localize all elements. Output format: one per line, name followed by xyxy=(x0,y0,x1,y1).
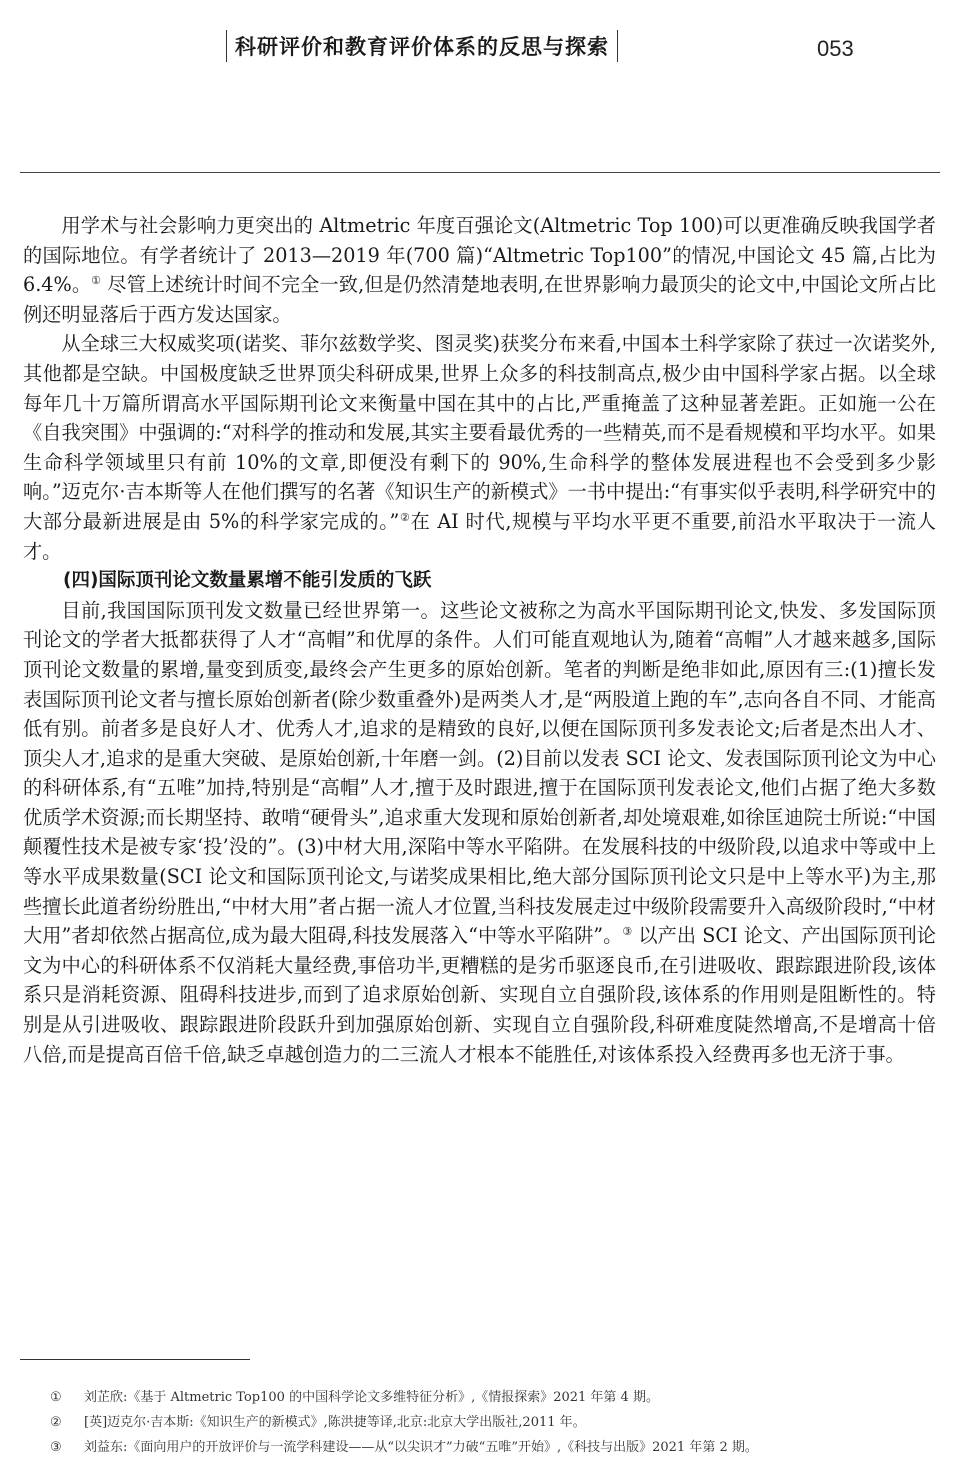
footnote-text: [英]迈克尔·吉本斯:《知识生产的新模式》,陈洪捷等译,北京:北京大学出版社,2… xyxy=(84,1410,586,1435)
footnote-mark: ② xyxy=(50,1410,84,1435)
footnote-mark: ③ xyxy=(50,1435,84,1460)
footnote-1: ① 刘芷欣:《基于 Altmetric Top100 的中国科学论文多维特征分析… xyxy=(50,1385,930,1410)
footnotes: ① 刘芷欣:《基于 Altmetric Top100 的中国科学论文多维特征分析… xyxy=(50,1385,930,1460)
footnote-ref-1[interactable]: ① xyxy=(91,274,101,287)
footnote-text: 刘益东:《面向用户的开放评价与一流学科建设——从“以尖识才”力破“五唯”开始》,… xyxy=(84,1435,758,1460)
footnote-3: ③ 刘益东:《面向用户的开放评价与一流学科建设——从“以尖识才”力破“五唯”开始… xyxy=(50,1435,930,1460)
footnote-2: ② [英]迈克尔·吉本斯:《知识生产的新模式》,陈洪捷等译,北京:北京大学出版社… xyxy=(50,1410,930,1435)
running-title: 科研评价和教育评价体系的反思与探索 xyxy=(235,31,609,61)
paragraph-altmetric: 用学术与社会影响力更突出的 Altmetric 年度百强论文(Altmetric… xyxy=(23,211,936,329)
paragraph-top-journals: 目前,我国国际顶刊发文数量已经世界第一。这些论文被称之为高水平国际期刊论文,快发… xyxy=(23,596,936,1070)
body-text: 用学术与社会影响力更突出的 Altmetric 年度百强论文(Altmetric… xyxy=(23,211,936,1069)
footnote-text: 刘芷欣:《基于 Altmetric Top100 的中国科学论文多维特征分析》,… xyxy=(84,1385,659,1410)
footnote-mark: ① xyxy=(50,1385,84,1410)
footnote-ref-2[interactable]: ② xyxy=(399,511,410,524)
section-heading: (四)国际顶刊论文数量累增不能引发质的飞跃 xyxy=(23,566,936,596)
footnote-rule xyxy=(20,1359,250,1360)
paragraph-awards: 从全球三大权威奖项(诺奖、菲尔兹数学奖、图灵奖)获奖分布来看,中国本土科学家除了… xyxy=(23,329,936,566)
footnote-ref-3[interactable]: ③ xyxy=(622,925,632,938)
header-rule xyxy=(20,172,940,173)
running-head: 科研评价和教育评价体系的反思与探索 xyxy=(226,30,618,62)
page-number: 053 xyxy=(817,36,854,62)
